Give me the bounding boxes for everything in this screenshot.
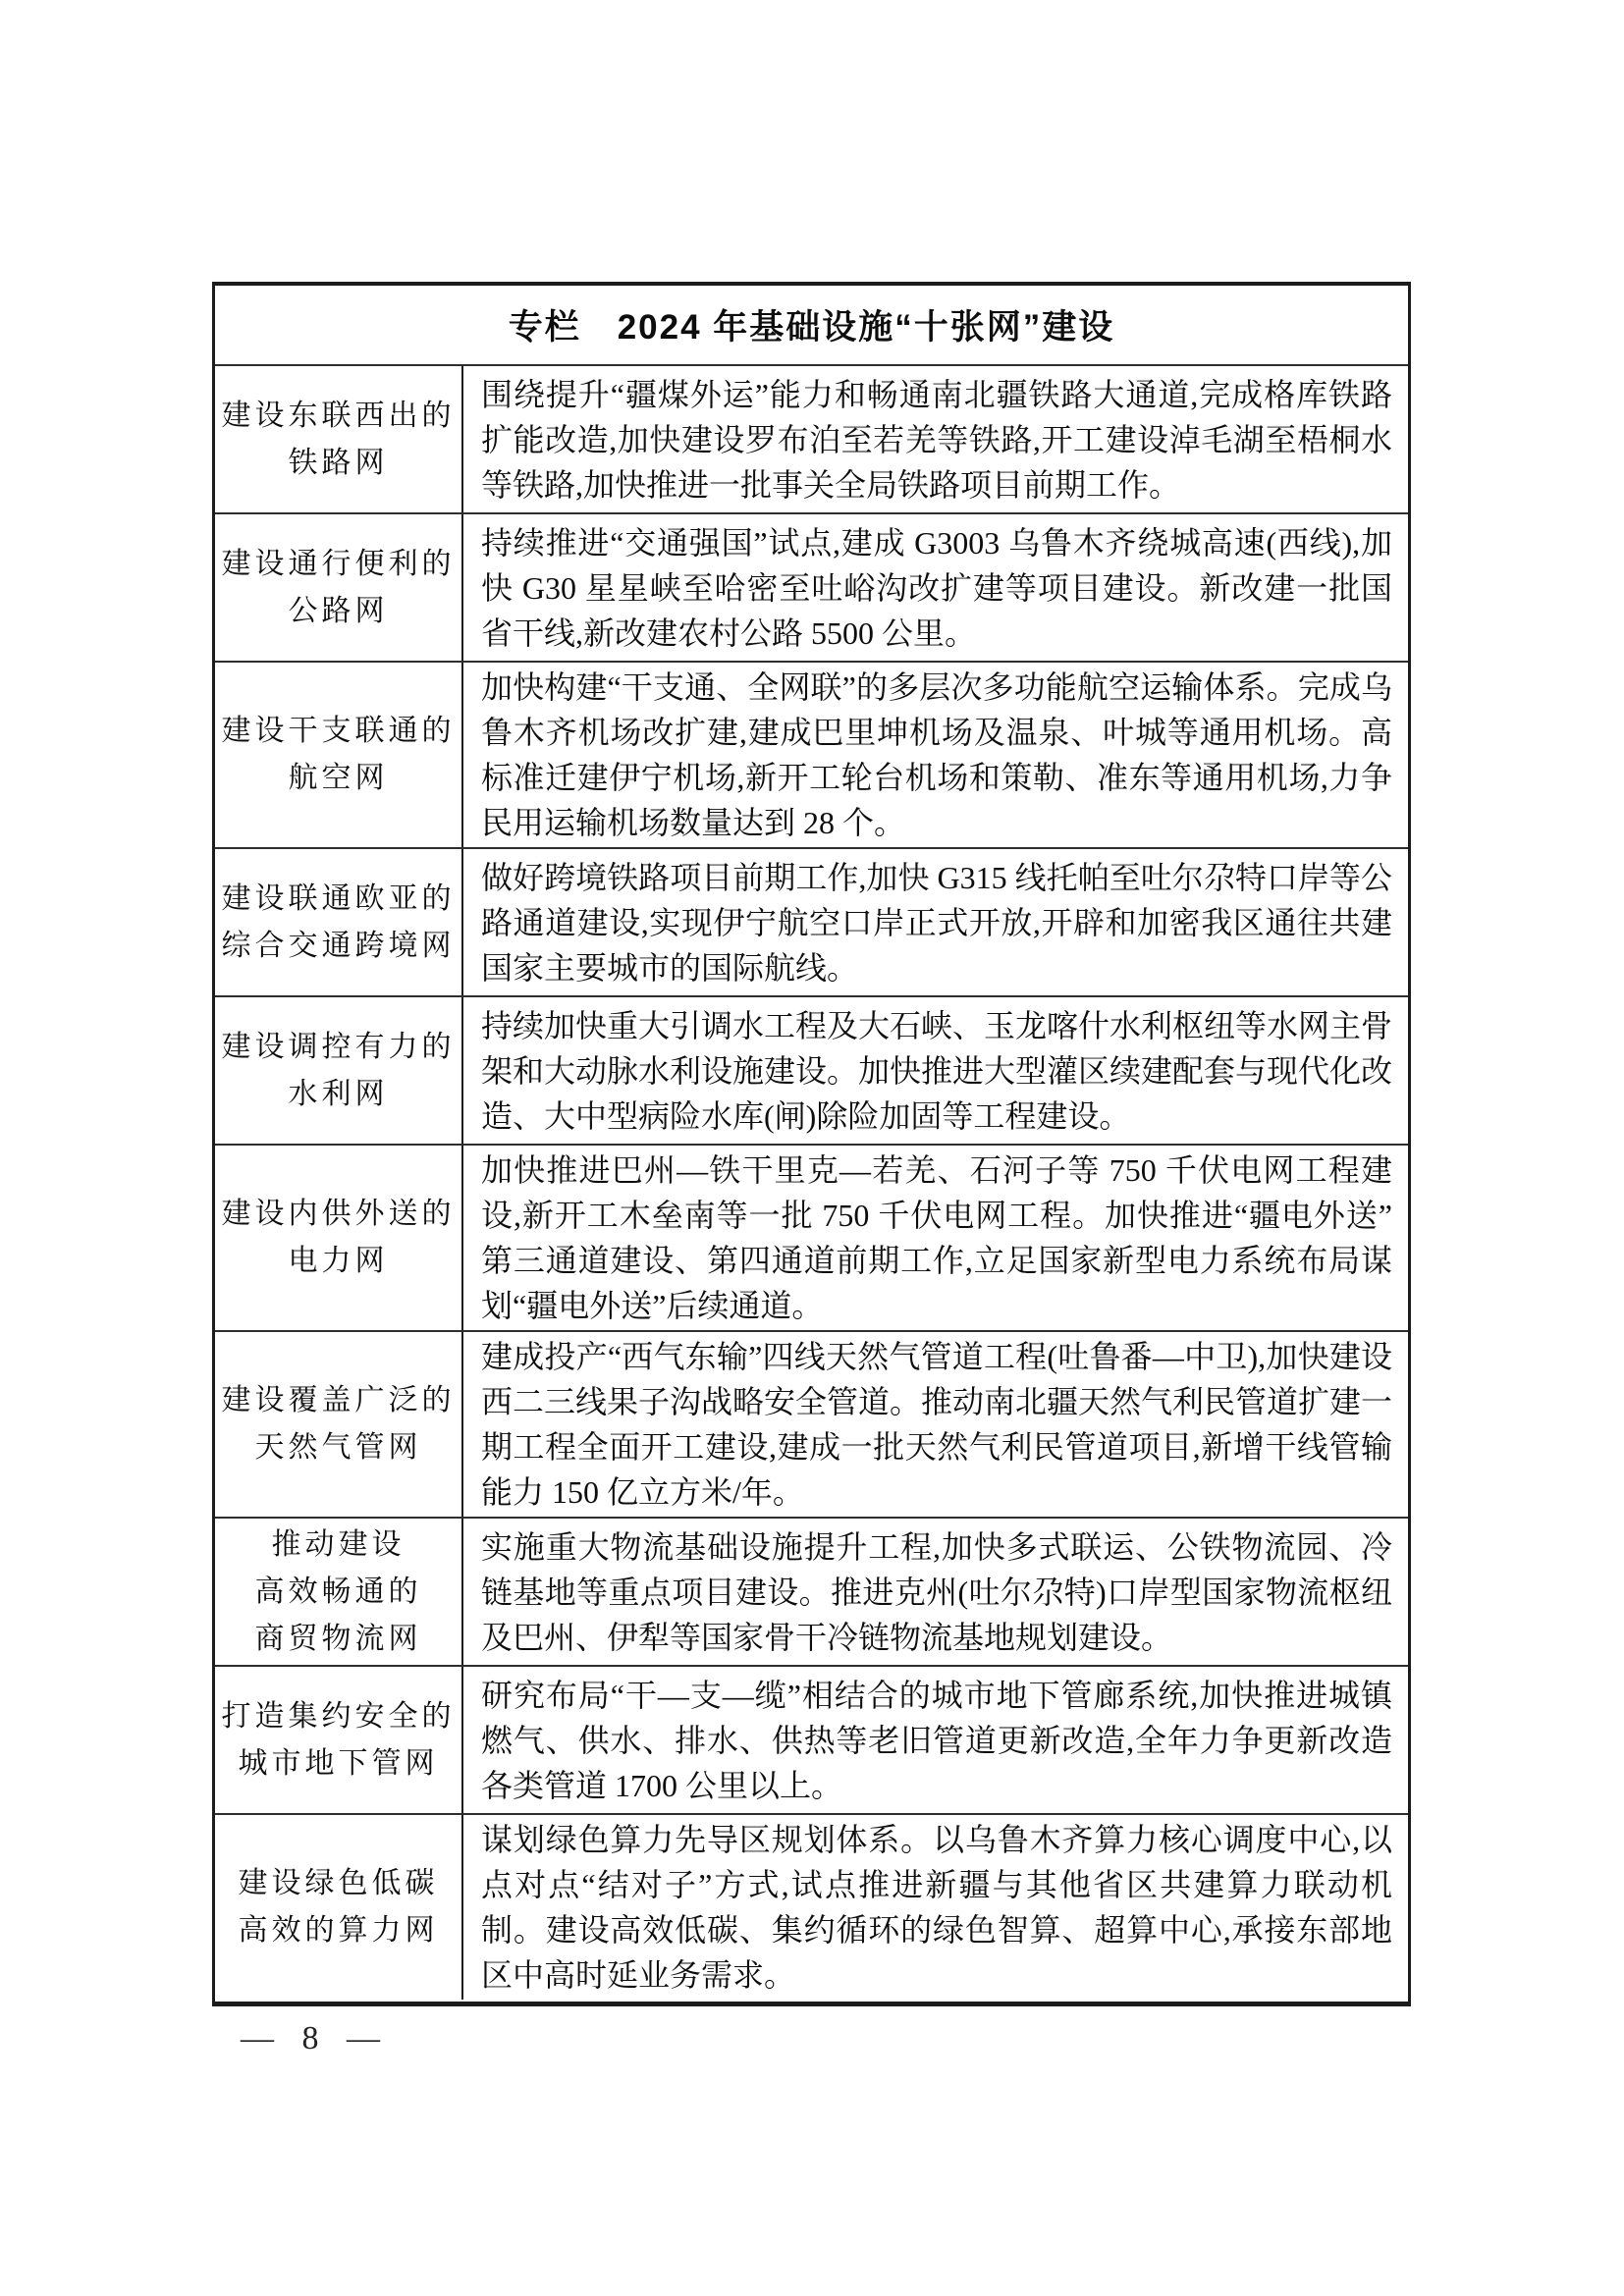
row-label: 打造集约安全的 城市地下管网 xyxy=(215,1667,463,1813)
row-label: 建设东联西出的 铁路网 xyxy=(215,366,463,512)
row-body-text: 加快推进巴州—铁干里克—若羌、石河子等 750 千伏电网工程建设,新开工木垒南等… xyxy=(481,1148,1392,1328)
table-row-crossborder: 建设联通欧亚的 综合交通跨境网 做好跨境铁路项目前期工作,加快 G315 线托帕… xyxy=(215,847,1408,995)
row-body-text: 加快构建“干支通、全网联”的多层次多功能航空运输体系。完成乌鲁木齐机场改扩建,建… xyxy=(481,665,1392,845)
row-body-cell: 做好跨境铁路项目前期工作,加快 G315 线托帕至吐尔尕特口岸等公路通道建设,实… xyxy=(463,849,1408,995)
table-row-highway: 建设通行便利的 公路网 持续推进“交通强国”试点,建成 G3003 乌鲁木齐绕城… xyxy=(215,512,1408,661)
row-label: 推动建设 高效畅通的 商贸物流网 xyxy=(215,1519,463,1665)
table-row-computing: 建设绿色低碳 高效的算力网 谋划绿色算力先导区规划体系。以乌鲁木齐算力核心调度中… xyxy=(215,1813,1408,2000)
table-row-railway: 建设东联西出的 铁路网 围绕提升“疆煤外运”能力和畅通南北疆铁路大通道,完成格库… xyxy=(215,364,1408,512)
row-body-cell: 加快构建“干支通、全网联”的多层次多功能航空运输体系。完成乌鲁木齐机场改扩建,建… xyxy=(463,663,1408,847)
row-body-cell: 建成投产“西气东输”四线天然气管道工程(吐鲁番—中卫),加快建设西二三线果子沟战… xyxy=(463,1332,1408,1517)
row-body-cell: 持续加快重大引调水工程及大石峡、玉龙喀什水利枢纽等水网主骨架和大动脉水利设施建设… xyxy=(463,997,1408,1144)
table-row-gas-pipeline: 建设覆盖广泛的 天然气管网 建成投产“西气东输”四线天然气管道工程(吐鲁番—中卫… xyxy=(215,1330,1408,1517)
table-row-aviation: 建设干支联通的 航空网 加快构建“干支通、全网联”的多层次多功能航空运输体系。完… xyxy=(215,661,1408,847)
row-label: 建设联通欧亚的 综合交通跨境网 xyxy=(215,849,463,995)
table-row-underground-pipes: 打造集约安全的 城市地下管网 研究布局“干—支—缆”相结合的城市地下管廊系统,加… xyxy=(215,1665,1408,1813)
table-row-water: 建设调控有力的 水利网 持续加快重大引调水工程及大石峡、玉龙喀什水利枢纽等水网主… xyxy=(215,995,1408,1144)
row-label: 建设干支联通的 航空网 xyxy=(215,663,463,847)
row-label: 建设绿色低碳 高效的算力网 xyxy=(215,1815,463,2000)
row-body-cell: 实施重大物流基础设施提升工程,加快多式联运、公铁物流园、冷链基地等重点项目建设。… xyxy=(463,1519,1408,1665)
row-label: 建设内供外送的 电力网 xyxy=(215,1146,463,1330)
row-body-cell: 持续推进“交通强国”试点,建成 G3003 乌鲁木齐绕城高速(西线),加快 G3… xyxy=(463,514,1408,661)
box-title: 专栏 2024 年基础设施“十张网”建设 xyxy=(509,300,1115,349)
box-title-row: 专栏 2024 年基础设施“十张网”建设 xyxy=(215,286,1408,364)
document-page: 专栏 2024 年基础设施“十张网”建设 建设东联西出的 铁路网 围绕提升“疆煤… xyxy=(0,0,1624,2296)
infrastructure-column-table: 专栏 2024 年基础设施“十张网”建设 建设东联西出的 铁路网 围绕提升“疆煤… xyxy=(212,282,1411,2006)
row-label: 建设覆盖广泛的 天然气管网 xyxy=(215,1332,463,1517)
row-body-cell: 谋划绿色算力先导区规划体系。以乌鲁木齐算力核心调度中心,以点对点“结对子”方式,… xyxy=(463,1815,1408,2000)
table-row-logistics: 推动建设 高效畅通的 商贸物流网 实施重大物流基础设施提升工程,加快多式联运、公… xyxy=(215,1517,1408,1665)
row-body-cell: 围绕提升“疆煤外运”能力和畅通南北疆铁路大通道,完成格库铁路扩能改造,加快建设罗… xyxy=(463,366,1408,512)
row-body-cell: 加快推进巴州—铁干里克—若羌、石河子等 750 千伏电网工程建设,新开工木垒南等… xyxy=(463,1146,1408,1330)
row-body-text: 持续加快重大引调水工程及大石峡、玉龙喀什水利枢纽等水网主骨架和大动脉水利设施建设… xyxy=(481,1003,1392,1139)
table-row-power: 建设内供外送的 电力网 加快推进巴州—铁干里克—若羌、石河子等 750 千伏电网… xyxy=(215,1144,1408,1330)
row-label: 建设调控有力的 水利网 xyxy=(215,997,463,1144)
row-body-text: 围绕提升“疆煤外运”能力和畅通南北疆铁路大通道,完成格库铁路扩能改造,加快建设罗… xyxy=(481,372,1392,507)
row-body-text: 建成投产“西气东输”四线天然气管道工程(吐鲁番—中卫),加快建设西二三线果子沟战… xyxy=(481,1334,1392,1515)
row-body-cell: 研究布局“干—支—缆”相结合的城市地下管廊系统,加快推进城镇燃气、供水、排水、供… xyxy=(463,1667,1408,1813)
row-body-text: 谋划绿色算力先导区规划体系。以乌鲁木齐算力核心调度中心,以点对点“结对子”方式,… xyxy=(481,1817,1392,1998)
page-number: — 8 — xyxy=(218,2020,405,2057)
row-body-text: 实施重大物流基础设施提升工程,加快多式联运、公铁物流园、冷链基地等重点项目建设。… xyxy=(481,1524,1392,1660)
row-body-text: 持续推进“交通强国”试点,建成 G3003 乌鲁木齐绕城高速(西线),加快 G3… xyxy=(481,520,1392,656)
row-body-text: 研究布局“干—支—缆”相结合的城市地下管廊系统,加快推进城镇燃气、供水、排水、供… xyxy=(481,1673,1392,1808)
row-label: 建设通行便利的 公路网 xyxy=(215,514,463,661)
row-body-text: 做好跨境铁路项目前期工作,加快 G315 线托帕至吐尔尕特口岸等公路通道建设,实… xyxy=(481,855,1392,990)
